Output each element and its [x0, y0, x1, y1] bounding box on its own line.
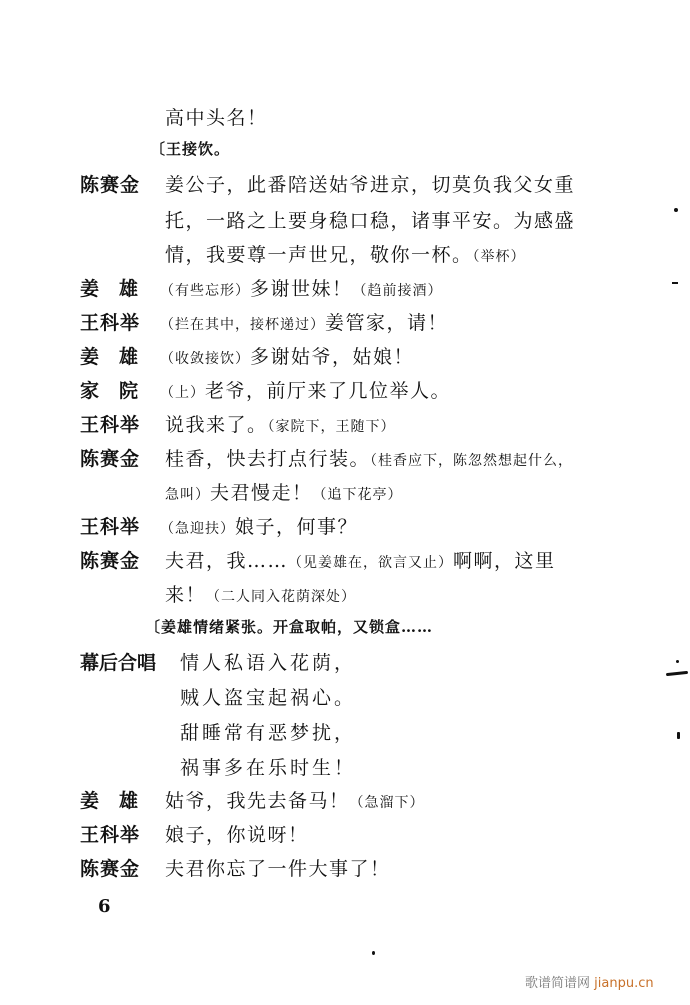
dialogue-text: 情，我要尊一声世兄，敬你一杯。 [165, 244, 473, 266]
scan-speck [677, 732, 680, 739]
dialogue-wrap: 情，我要尊一声世兄，敬你一杯。（举杯） [165, 240, 526, 267]
stage-note: （拦在其中，接杯递过） [160, 317, 325, 333]
speaker-name: 王科举 [80, 820, 140, 847]
stage-note: （家院下，王随下） [268, 419, 396, 435]
stage-text: 〔姜雄情绪紧张。开盒取帕，又锁盒…… [145, 616, 433, 637]
dialogue-text: 老爷，前厅来了几位举人。 [205, 380, 451, 402]
stage-note: （有些忘形） [160, 283, 250, 299]
speaker-name: 家院 [80, 376, 158, 403]
scan-speck [672, 282, 678, 284]
dialogue-text: 娘子，何事？ [235, 516, 358, 538]
speaker-name: 幕后合唱 [80, 648, 156, 675]
dialogue-text: 多谢姑爷，姑娘！ [250, 346, 414, 368]
stage-note: （急迎扶） [160, 521, 235, 537]
dialogue-wrap: 说我来了。（家院下，王随下） [165, 410, 396, 437]
speaker-name: 王科举 [80, 512, 140, 539]
stage-note: （二人同入花荫深处） [206, 589, 356, 605]
speaker-name: 姜雄 [80, 342, 158, 369]
dialogue-text: 桂香，快去打点行装。 [165, 448, 370, 470]
dialogue-text: 来！ [165, 584, 206, 606]
dialogue-wrap: （拦在其中，接杯递过）姜管家，请！ [160, 308, 448, 335]
dialogue-wrap: 姑爷，我先去备马！（急溜下） [165, 786, 425, 813]
lyric-text: 甜睡常有恶梦扰， [180, 718, 356, 745]
dialogue-text: 多谢世妹！ [250, 278, 353, 300]
dialogue-text: 姜公子，此番陪送姑爷进京，切莫负我父女重 [165, 170, 575, 197]
dialogue-text: 高中头名！ [165, 103, 268, 130]
dialogue-wrap: 来！（二人同入花荫深处） [165, 580, 356, 607]
dialogue-text: 娘子，你说呀！ [165, 820, 309, 847]
stage-note: （上） [160, 385, 205, 401]
stage-note: （收敛接饮） [160, 351, 250, 367]
dialogue-wrap: （有些忘形）多谢世妹！（趋前接酒） [160, 274, 443, 301]
lyric-text: 情人私语入花荫， [180, 648, 356, 675]
dialogue-text: 托，一路之上要身稳口稳，诸事平安。为感盛 [165, 206, 575, 233]
scan-speck [674, 208, 678, 212]
speaker-name: 王科举 [80, 410, 140, 437]
stage-note: 急叫） [165, 487, 210, 503]
scan-speck [676, 660, 679, 663]
page-number: 6 [98, 896, 111, 917]
script-page: 高中头名！ 〔王接饮。 陈赛金 姜公子，此番陪送姑爷进京，切莫负我父女重 托，一… [0, 0, 690, 1005]
dialogue-text: 夫君，我…… [165, 550, 288, 572]
stage-text: 〔王接饮。 [150, 138, 230, 159]
lyric-text: 贼人盗宝起祸心。 [180, 683, 356, 710]
watermark: 歌谱简谱网 jianpu.cn [525, 972, 654, 991]
watermark-site: jianpu.cn [594, 976, 653, 991]
dialogue-text: 姑爷，我先去备马！ [165, 790, 350, 812]
speaker-name: 陈赛金 [80, 444, 140, 471]
dialogue-wrap: 夫君，我……（见姜雄在，欲言又止）啊啊，这里 [165, 546, 556, 573]
dialogue-wrap: （上）老爷，前厅来了几位举人。 [160, 376, 451, 403]
dialogue-text: 说我来了。 [165, 414, 268, 436]
scan-speck [666, 671, 688, 676]
scan-speck [372, 951, 375, 955]
stage-note: （追下花亭） [313, 487, 403, 503]
stage-note: （急溜下） [350, 795, 425, 811]
dialogue-wrap: 桂香，快去打点行装。（桂香应下，陈忽然想起什么， [165, 444, 573, 471]
stage-note: （见姜雄在，欲言又止） [288, 555, 453, 571]
dialogue-wrap: （急迎扶）娘子，何事？ [160, 512, 358, 539]
speaker-name: 姜雄 [80, 786, 158, 813]
speaker-name: 陈赛金 [80, 854, 140, 881]
dialogue-text: 啊啊，这里 [453, 550, 556, 572]
dialogue-text: 夫君你忘了一件大事了！ [165, 854, 391, 881]
dialogue-text: 姜管家，请！ [325, 312, 448, 334]
dialogue-wrap: （收敛接饮）多谢姑爷，姑娘！ [160, 342, 414, 369]
stage-note: （趋前接酒） [353, 283, 443, 299]
speaker-name: 陈赛金 [80, 546, 140, 573]
stage-note: （举杯） [473, 249, 526, 265]
speaker-name: 陈赛金 [80, 170, 140, 197]
lyric-text: 祸事多在乐时生！ [180, 753, 356, 780]
dialogue-text: 夫君慢走！ [210, 482, 313, 504]
stage-note: （桂香应下，陈忽然想起什么， [370, 453, 573, 469]
speaker-name: 王科举 [80, 308, 140, 335]
watermark-cn: 歌谱简谱网 [525, 976, 590, 991]
dialogue-wrap: 急叫）夫君慢走！（追下花亭） [165, 478, 403, 505]
speaker-name: 姜雄 [80, 274, 158, 301]
